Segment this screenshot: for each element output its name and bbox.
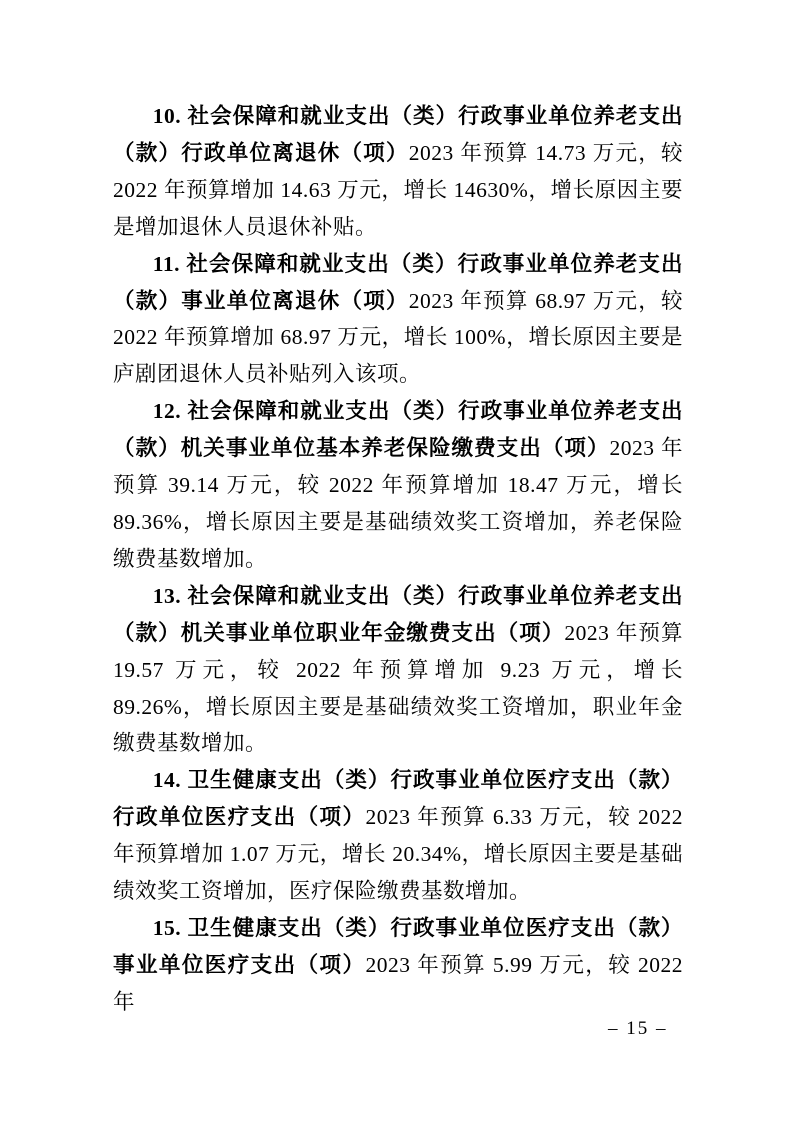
paragraph: 15. 卫生健康支出（类）行政事业单位医疗支出（款）事业单位医疗支出（项）202… [113,910,683,1021]
paragraph: 14. 卫生健康支出（类）行政事业单位医疗支出（款）行政单位医疗支出（项）202… [113,762,683,910]
paragraph: 13. 社会保障和就业支出（类）行政事业单位养老支出（款）机关事业单位职业年金缴… [113,578,683,763]
document-page: 10. 社会保障和就业支出（类）行政事业单位养老支出（款）行政单位离退休（项）2… [0,0,793,1122]
paragraph: 10. 社会保障和就业支出（类）行政事业单位养老支出（款）行政单位离退休（项）2… [113,98,683,246]
paragraph-lead: 12. 社会保障和就业支出（类）行政事业单位养老支出（款）机关事业单位基本养老保… [113,399,683,460]
page-number: – 15 – [608,1018,668,1040]
paragraph: 12. 社会保障和就业支出（类）行政事业单位养老支出（款）机关事业单位基本养老保… [113,393,683,578]
paragraph: 11. 社会保障和就业支出（类）行政事业单位养老支出（款）事业单位离退休（项）2… [113,246,683,394]
document-body: 10. 社会保障和就业支出（类）行政事业单位养老支出（款）行政单位离退休（项）2… [113,98,683,1021]
page-footer: – 15 – [0,1018,793,1046]
